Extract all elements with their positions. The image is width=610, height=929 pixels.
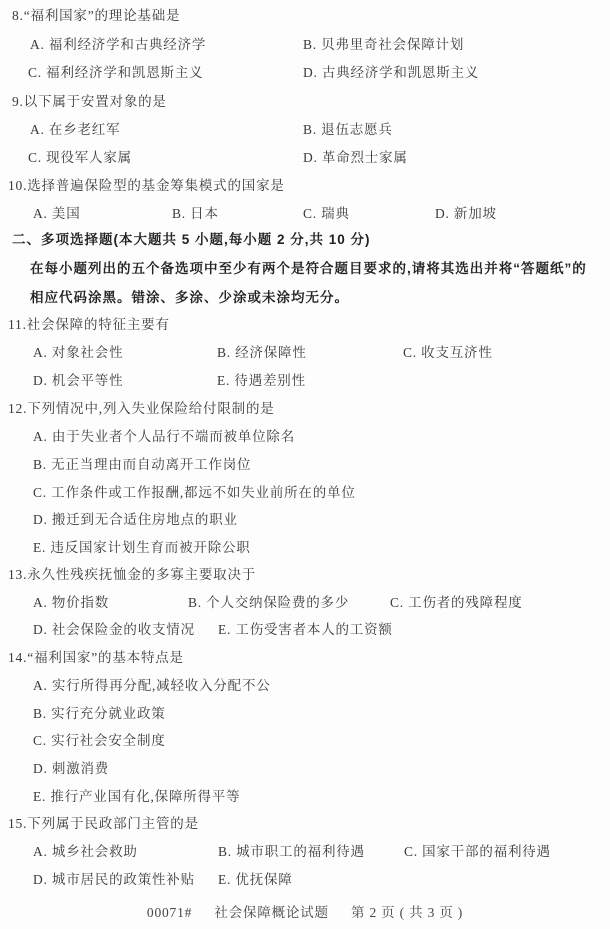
- question-8-option-c: C. 福利经济学和凯恩斯主义: [28, 65, 203, 81]
- question-10-option-d: D. 新加坡: [435, 206, 497, 222]
- question-14-option-d: D. 刺激消费: [33, 761, 109, 777]
- question-13-option-d: D. 社会保险金的收支情况: [33, 622, 195, 638]
- question-9-option-c: C. 现役军人家属: [28, 150, 132, 166]
- question-8-option-d: D. 古典经济学和凯恩斯主义: [303, 65, 479, 81]
- section-2-heading: 二、多项选择题(本大题共 5 小题,每小题 2 分,共 10 分): [12, 232, 371, 248]
- question-11-option-d: D. 机会平等性: [33, 373, 123, 389]
- exam-code: 00071#: [147, 905, 192, 920]
- question-13-option-b: B. 个人交纳保险费的多少: [188, 595, 349, 611]
- question-15-option-b: B. 城市职工的福利待遇: [218, 844, 365, 860]
- question-14-option-a: A. 实行所得再分配,减轻收入分配不公: [33, 678, 271, 694]
- question-12-option-d: D. 搬迁到无合适住房地点的职业: [33, 512, 238, 528]
- question-14-option-c: C. 实行社会安全制度: [33, 733, 166, 749]
- question-15-option-e: E. 优抚保障: [218, 872, 293, 888]
- question-10-stem: 10.选择普遍保险型的基金筹集模式的国家是: [8, 178, 285, 194]
- question-11-option-b: B. 经济保障性: [217, 345, 307, 361]
- question-8-option-b: B. 贝弗里奇社会保障计划: [303, 37, 464, 53]
- question-12-option-a: A. 由于失业者个人品行不端而被单位除名: [33, 429, 295, 445]
- question-9-stem: 9.以下属于安置对象的是: [12, 94, 167, 110]
- question-15-option-d: D. 城市居民的政策性补贴: [33, 872, 195, 888]
- question-14-stem: 14.“福利国家”的基本特点是: [8, 650, 184, 666]
- question-12-stem: 12.下列情况中,列入失业保险给付限制的是: [8, 401, 275, 417]
- question-12-option-b: B. 无正当理由而自动离开工作岗位: [33, 457, 251, 473]
- question-9-option-d: D. 革命烈士家属: [303, 150, 408, 166]
- section-2-instruction-1: 在每小题列出的五个备选项中至少有两个是符合题目要求的,请将其选出并将“答题纸”的: [30, 261, 587, 277]
- question-15-stem: 15.下列属于民政部门主管的是: [8, 816, 199, 832]
- page-footer: 00071# 社会保障概论试题 第 2 页 ( 共 3 页 ): [0, 901, 610, 921]
- question-13-option-e: E. 工伤受害者本人的工资额: [218, 622, 393, 638]
- question-13-stem: 13.永久性残疾抚恤金的多寡主要取决于: [8, 567, 256, 583]
- question-11-option-c: C. 收支互济性: [403, 345, 493, 361]
- question-8-stem: 8.“福利国家”的理论基础是: [12, 8, 180, 24]
- question-11-option-a: A. 对象社会性: [33, 345, 123, 361]
- question-10-option-b: B. 日本: [172, 206, 219, 222]
- exam-title: 社会保障概论试题: [214, 905, 328, 920]
- question-15-option-a: A. 城乡社会救助: [33, 844, 138, 860]
- question-11-option-e: E. 待遇差别性: [217, 373, 306, 389]
- page-indicator: 第 2 页 ( 共 3 页 ): [351, 905, 463, 920]
- question-10-option-a: A. 美国: [33, 206, 81, 222]
- question-9-option-a: A. 在乡老红军: [30, 122, 120, 138]
- question-13-option-a: A. 物价指数: [33, 595, 109, 611]
- question-12-option-c: C. 工作条件或工作报酬,都远不如失业前所在的单位: [33, 485, 356, 501]
- question-14-option-b: B. 实行充分就业政策: [33, 706, 166, 722]
- section-2-instruction-2: 相应代码涂黑。错涂、多涂、少涂或未涂均无分。: [30, 290, 349, 306]
- question-9-option-b: B. 退伍志愿兵: [303, 122, 393, 138]
- question-15-option-c: C. 国家干部的福利待遇: [404, 844, 551, 860]
- question-8-option-a: A. 福利经济学和古典经济学: [30, 37, 206, 53]
- question-14-option-e: E. 推行产业国有化,保障所得平等: [33, 789, 240, 805]
- question-12-option-e: E. 违反国家计划生育而被开除公职: [33, 540, 251, 556]
- question-10-option-c: C. 瑞典: [303, 206, 350, 222]
- question-11-stem: 11.社会保障的特征主要有: [8, 317, 170, 333]
- question-13-option-c: C. 工伤者的残障程度: [390, 595, 523, 611]
- exam-paper-page: 8.“福利国家”的理论基础是 A. 福利经济学和古典经济学 B. 贝弗里奇社会保…: [0, 0, 610, 929]
